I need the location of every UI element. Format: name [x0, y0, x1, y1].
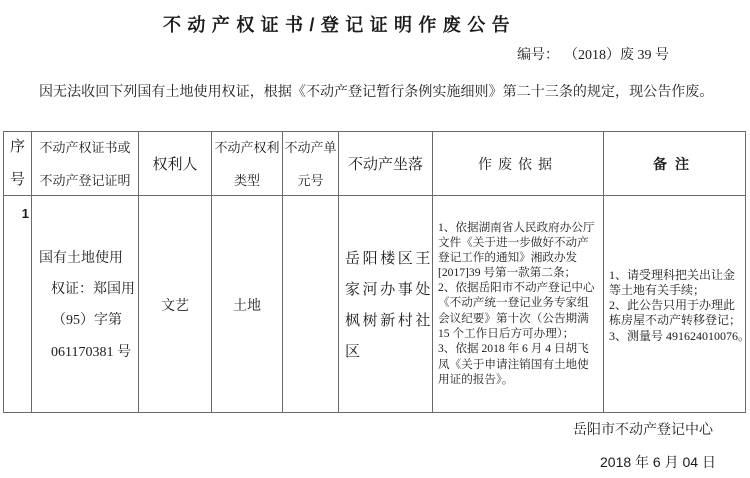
document-number-label: 编号：	[517, 48, 559, 63]
basis-line: 用证的报告》。	[438, 372, 513, 387]
issue-date: 2018 年 6 月 04 日	[600, 453, 716, 471]
header-owner-label: 权利人	[152, 153, 197, 174]
header-location: 不动产坐落	[339, 132, 432, 195]
intro-paragraph: 因无法收回下列国有土地使用权证，根据《不动产登记暂行条例实施细则》第二十三条的规…	[39, 84, 713, 102]
certificate-line: （95）字第	[52, 312, 122, 330]
basis-line: 登记工作的通知》湘政办发	[438, 250, 577, 265]
basis-line: 《不动产统一登记业务专家组	[438, 295, 589, 310]
location-line: 家河办事处	[345, 281, 433, 299]
header-location-label: 不动产坐落	[348, 153, 423, 174]
certificate-line: 权证：郑国用	[51, 281, 135, 299]
basis-line: 凤《关于申请注销国有土地使	[438, 357, 589, 372]
cancellation-table: 序 号 不动产权证书或 不动产登记证明 权利人 不动产权利 类型 不动产单 元号…	[3, 131, 746, 413]
basis-line: 文件《关于进一步做好不动产	[438, 235, 589, 250]
header-unit-number-line: 元号	[297, 164, 323, 197]
header-unit-number-line: 不动产单	[284, 131, 336, 164]
certificate-line: 国有土地使用	[39, 250, 123, 268]
issuing-organization: 岳阳市不动产登记中心	[573, 422, 713, 440]
basis-line: 会议纪要》第十次（公告期满	[438, 311, 589, 326]
header-right-type-line: 不动产权利	[214, 131, 279, 164]
row-basis: 1、依据湖南省人民政府办公厅 文件《关于进一步做好不动产 登记工作的通知》湘政办…	[433, 196, 603, 413]
row-unit-number	[283, 196, 338, 413]
location-line: 岳阳楼区王	[345, 250, 433, 268]
basis-line: 3、依据 2018 年 6 月 4 日胡飞	[438, 341, 589, 356]
header-seq-line: 号	[10, 164, 25, 197]
row-location: 岳阳楼区王 家河办事处 枫树新村社 区	[339, 196, 432, 413]
row-remarks: 1、请受理科把关出让金 等土地有关手续； 2、此公告只用于办理此 栋房屋不动产转…	[604, 196, 746, 413]
document-number: 编号：（2018）废 39 号	[517, 47, 669, 65]
row-right-type: 土地	[212, 196, 282, 413]
header-basis: 作废依据	[433, 132, 603, 195]
header-certificate-line: 不动产权证书或	[39, 131, 130, 164]
header-right-type-line: 类型	[234, 164, 260, 197]
basis-line: 1、依据湖南省人民政府办公厅	[438, 220, 595, 235]
header-seq-line: 序	[10, 131, 25, 164]
row-owner: 文艺	[139, 196, 211, 413]
row-seq: 1	[4, 196, 31, 413]
header-basis-label: 作废依据	[478, 154, 558, 174]
header-remarks-label: 备注	[653, 154, 697, 174]
remarks-line: 3、测量号 491624010076。	[609, 329, 750, 344]
header-certificate: 不动产权证书或 不动产登记证明	[32, 132, 138, 195]
header-unit-number: 不动产单 元号	[283, 132, 338, 195]
remarks-line: 等土地有关手续；	[609, 283, 705, 298]
remarks-line: 栋房屋不动产转移登记；	[609, 313, 741, 328]
document-number-value: （2018）废 39 号	[571, 48, 669, 63]
header-certificate-line: 不动产登记证明	[39, 164, 130, 197]
header-seq: 序 号	[4, 132, 31, 195]
header-remarks: 备注	[604, 132, 746, 195]
location-line: 区	[345, 343, 363, 361]
header-owner: 权利人	[139, 132, 211, 195]
remarks-line: 2、此公告只用于办理此	[609, 298, 735, 313]
owner-value: 文艺	[161, 295, 189, 315]
row-certificate: 国有土地使用 权证：郑国用 （95）字第 061170381 号	[32, 196, 138, 413]
header-right-type: 不动产权利 类型	[212, 132, 282, 195]
remarks-line: 1、请受理科把关出让金	[609, 268, 735, 283]
basis-line: 15 个工作日后方可办理）；	[438, 326, 574, 341]
right-type-value: 土地	[233, 295, 261, 315]
basis-line: [2017]39 号第一款第二条；	[438, 265, 576, 280]
page-title: 不动产权证书/登记证明作废公告	[163, 14, 516, 36]
basis-line: 2、依据岳阳市不动产登记中心	[438, 280, 595, 295]
location-line: 枫树新村社	[345, 312, 433, 330]
certificate-line: 061170381 号	[51, 344, 131, 362]
